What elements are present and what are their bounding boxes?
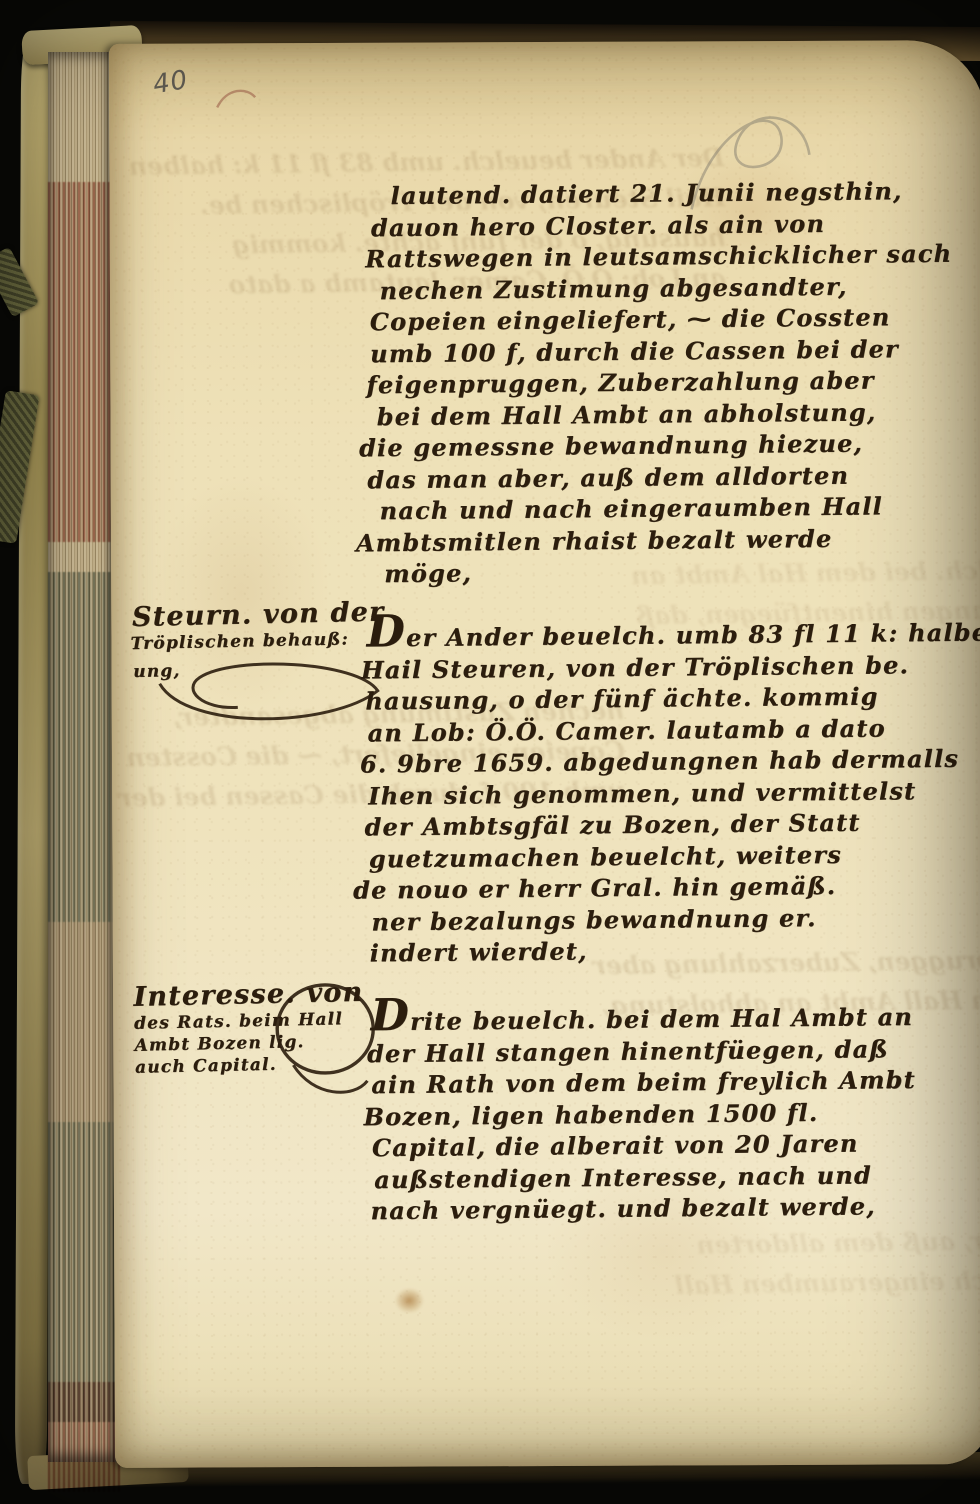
fore-edge-red-stain <box>48 1382 120 1492</box>
manuscript-line: Drite beuelch. bei dem Hal Ambt an <box>371 1001 916 1038</box>
manuscript-photo: Der Ander beuelch. umb 83 fl 11 k: halbe… <box>0 0 980 1504</box>
paragraph-3: Drite beuelch. bei dem Hal Ambt an der H… <box>371 1001 918 1227</box>
page-number: 40 <box>151 65 190 100</box>
ink-stain <box>394 1288 424 1314</box>
paragraph-2: Der Ander beuelch. umb 83 fl 11 k: halbe… <box>367 616 980 969</box>
manuscript-line: indert wierdet, <box>370 931 980 969</box>
manuscript-page: Der Ander beuelch. umb 83 fl 11 k: halbe… <box>109 40 980 1468</box>
fore-edge-dust-stain <box>48 922 120 1122</box>
margin-note-flourish <box>263 981 384 1112</box>
fore-edge-teal-stain <box>48 572 120 922</box>
bleed-through-text: das man aber, auß dem alldorten nach und… <box>674 1219 980 1306</box>
manuscript-line: Bozen, ligen habenden 1500 fl. <box>363 1095 916 1132</box>
manuscript-line: nach vergnüegt. und bezalt werde, <box>370 1190 917 1227</box>
manuscript-line: außstendigen Interesse, nach und <box>374 1158 917 1195</box>
manuscript-line: Capital, die alberait von 20 Jaren <box>372 1127 917 1164</box>
margin-note-flourish <box>142 649 392 740</box>
manuscript-line: der Hall stangen hinentfüegen, daß <box>367 1032 916 1069</box>
fore-edge-teal-stain <box>48 1122 120 1422</box>
red-pencil-mark <box>213 83 261 113</box>
manuscript-line: ain Rath von dem beim freylich Ambt <box>371 1064 916 1101</box>
paragraph-1: lautend. datiert 21. Junii negsthin, dau… <box>364 175 955 590</box>
manuscript-line: möge, <box>384 553 955 590</box>
